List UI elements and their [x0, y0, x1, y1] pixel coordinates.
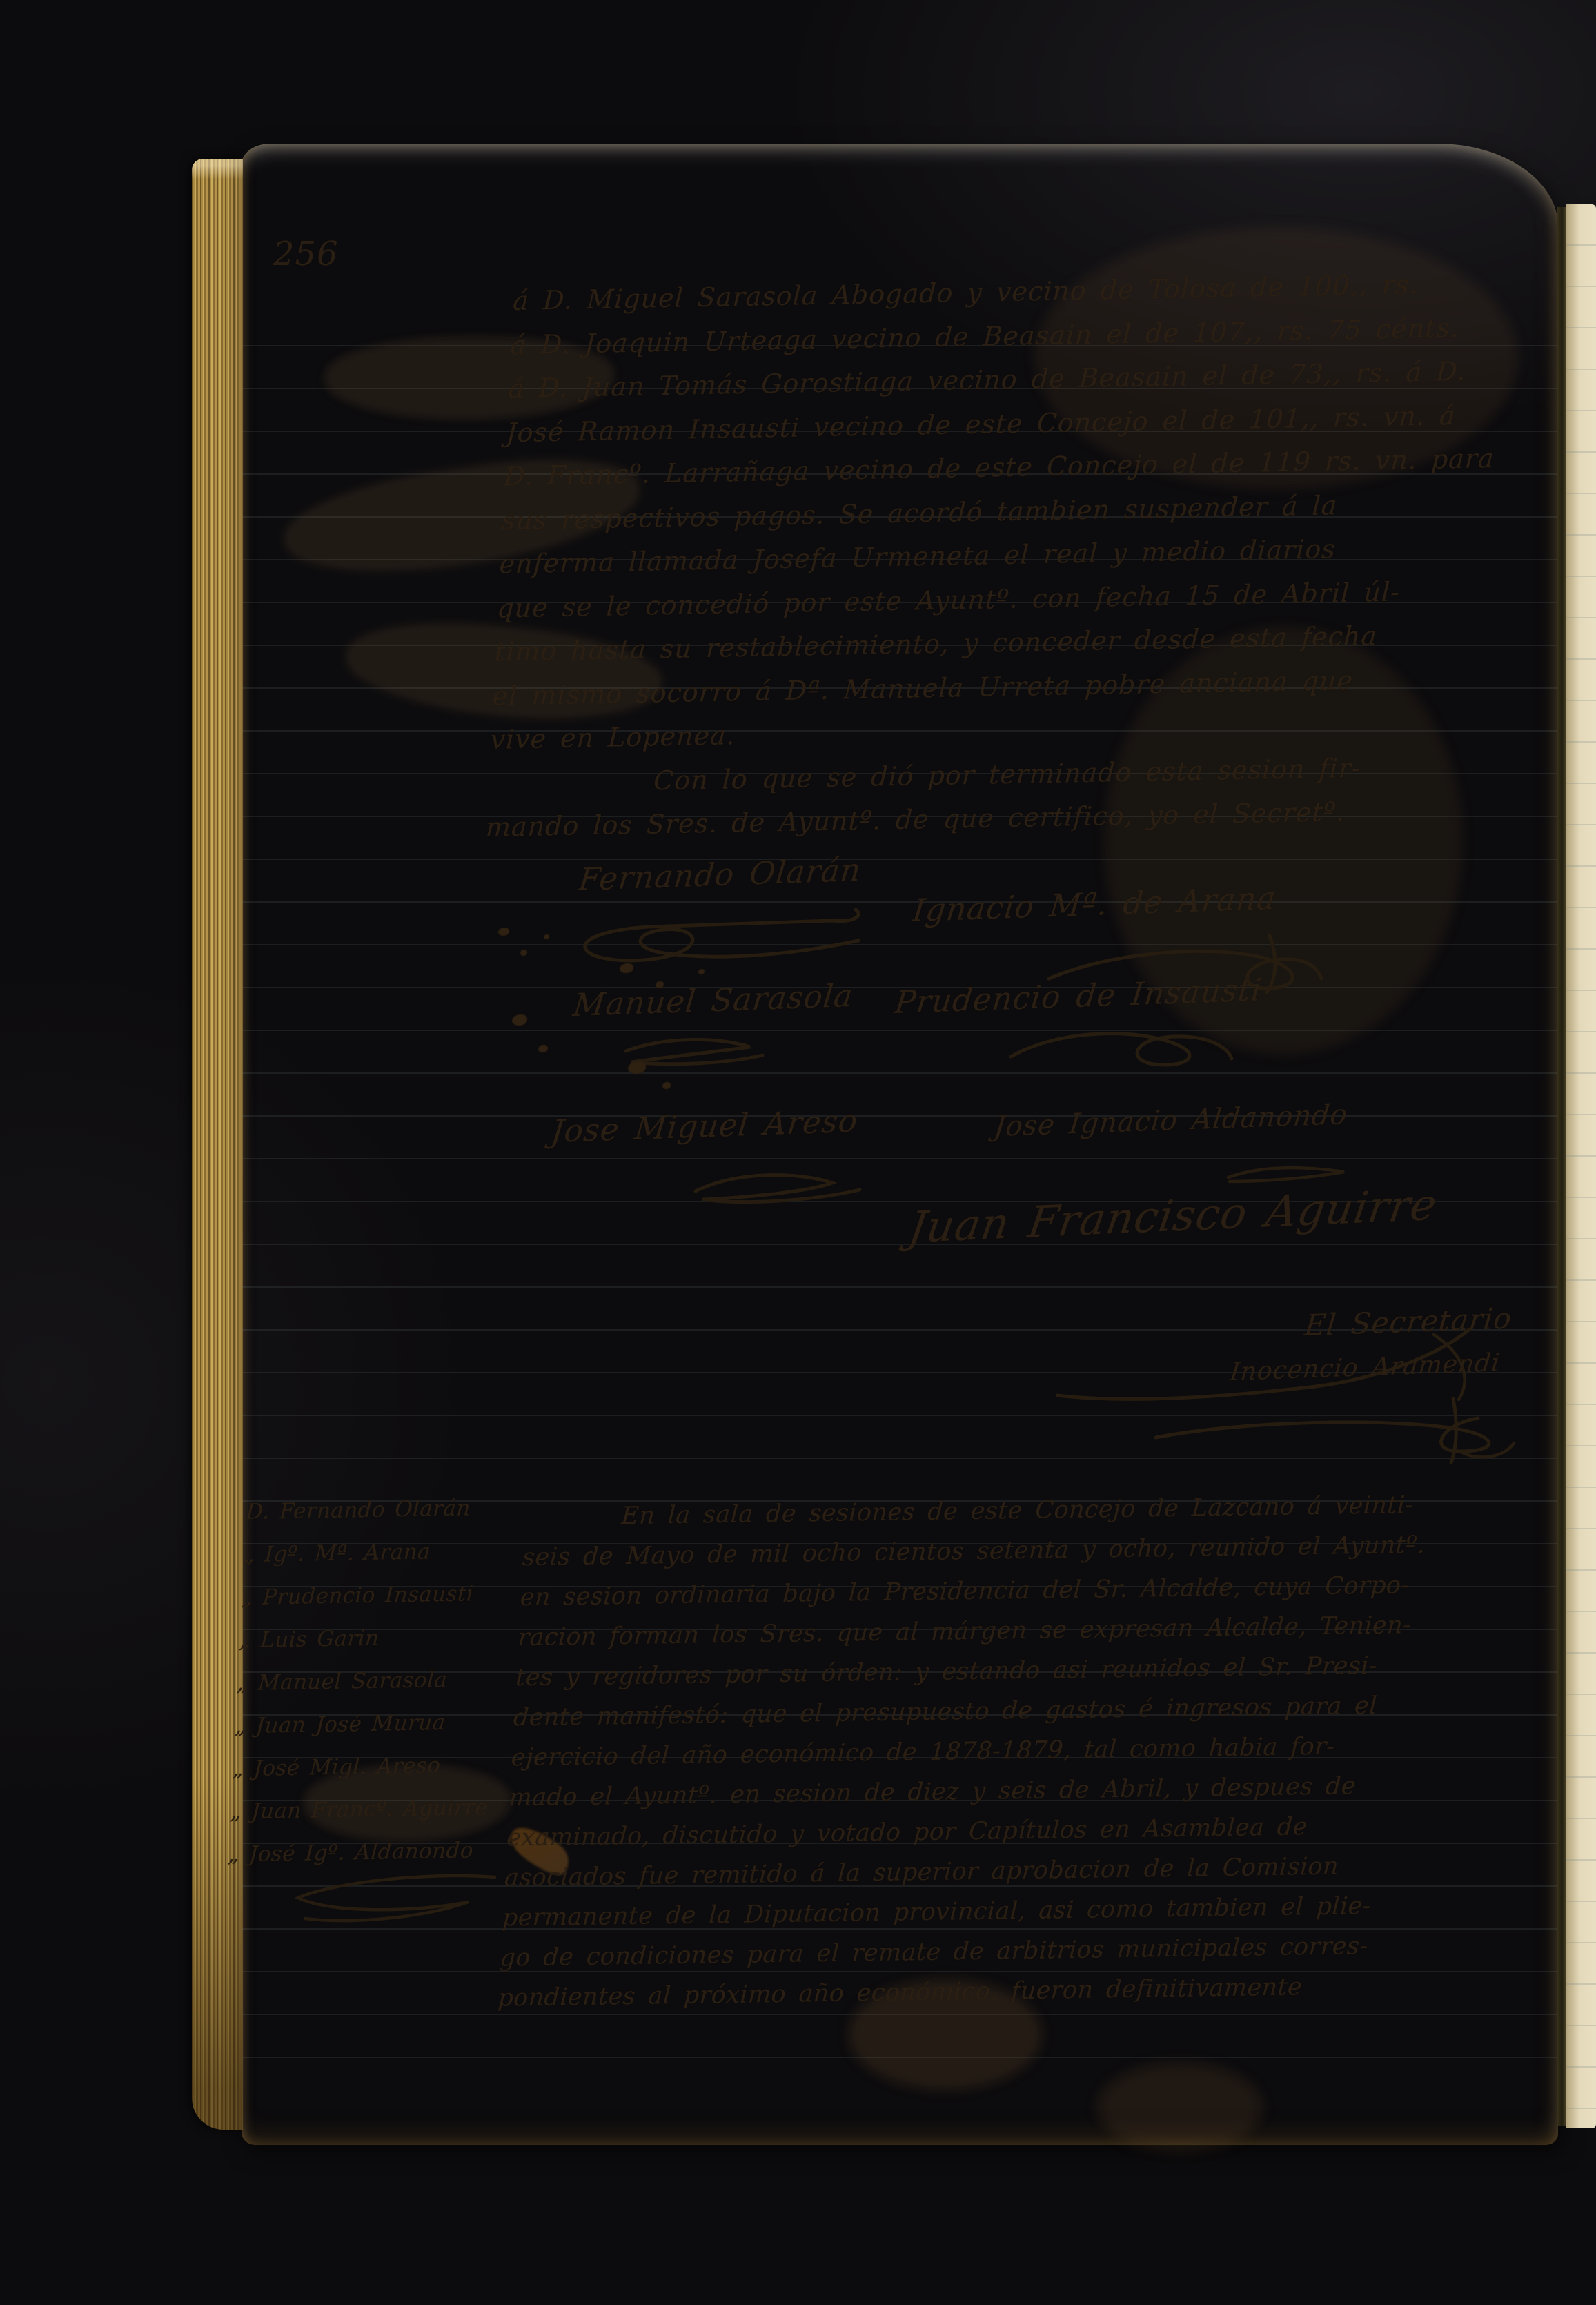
margin-attendee: „ Luis Garin: [238, 1614, 516, 1662]
signature-rubric-areso: [682, 1164, 865, 1205]
book-gutter: [1557, 207, 1566, 2126]
bottom-stain: [1097, 2062, 1263, 2152]
margin-list-rubric: [281, 1869, 502, 1928]
margin-attendee: D. Fernando Olarán: [245, 1486, 523, 1533]
manuscript-page: 256 á D. Miguel Sarasola Abogado y vecin…: [242, 144, 1558, 2145]
signature-rubric-insausti: [1001, 1019, 1235, 1074]
margin-attendee: „ José Migl. Areso: [231, 1743, 509, 1790]
margin-attendee: „ Prudencio Insausti: [240, 1571, 518, 1619]
photo-backdrop: 256 á D. Miguel Sarasola Abogado y vecin…: [0, 0, 1596, 2305]
signature-rubric-aldanondo: [1221, 1162, 1349, 1186]
signature-rubric-olaran: [566, 899, 863, 968]
margin-attendee: „ Manuel Sarasola: [236, 1657, 514, 1705]
secretary-title: El Secretario: [1304, 1302, 1513, 1342]
facing-page-sliver: [1566, 204, 1596, 2128]
margin-attendee: „ Juan José Murua: [233, 1700, 511, 1747]
margin-attendee: „ Igº. Mª. Arana: [242, 1529, 520, 1576]
page-number: 256: [273, 235, 339, 273]
margin-attendee: „ Juan Francº. Aguirre: [229, 1785, 507, 1833]
margin-attendee-list: D. Fernando Olarán „ Igº. Mª. Arana „ Pr…: [227, 1486, 523, 1876]
closing-paragraph: á D. Miguel Sarasola Abogado y vecino de…: [484, 262, 1507, 850]
opening-paragraph: En la sala de sesiones de este Concejo d…: [497, 1483, 1547, 2018]
signature-rubric-secretary: [1145, 1396, 1521, 1465]
